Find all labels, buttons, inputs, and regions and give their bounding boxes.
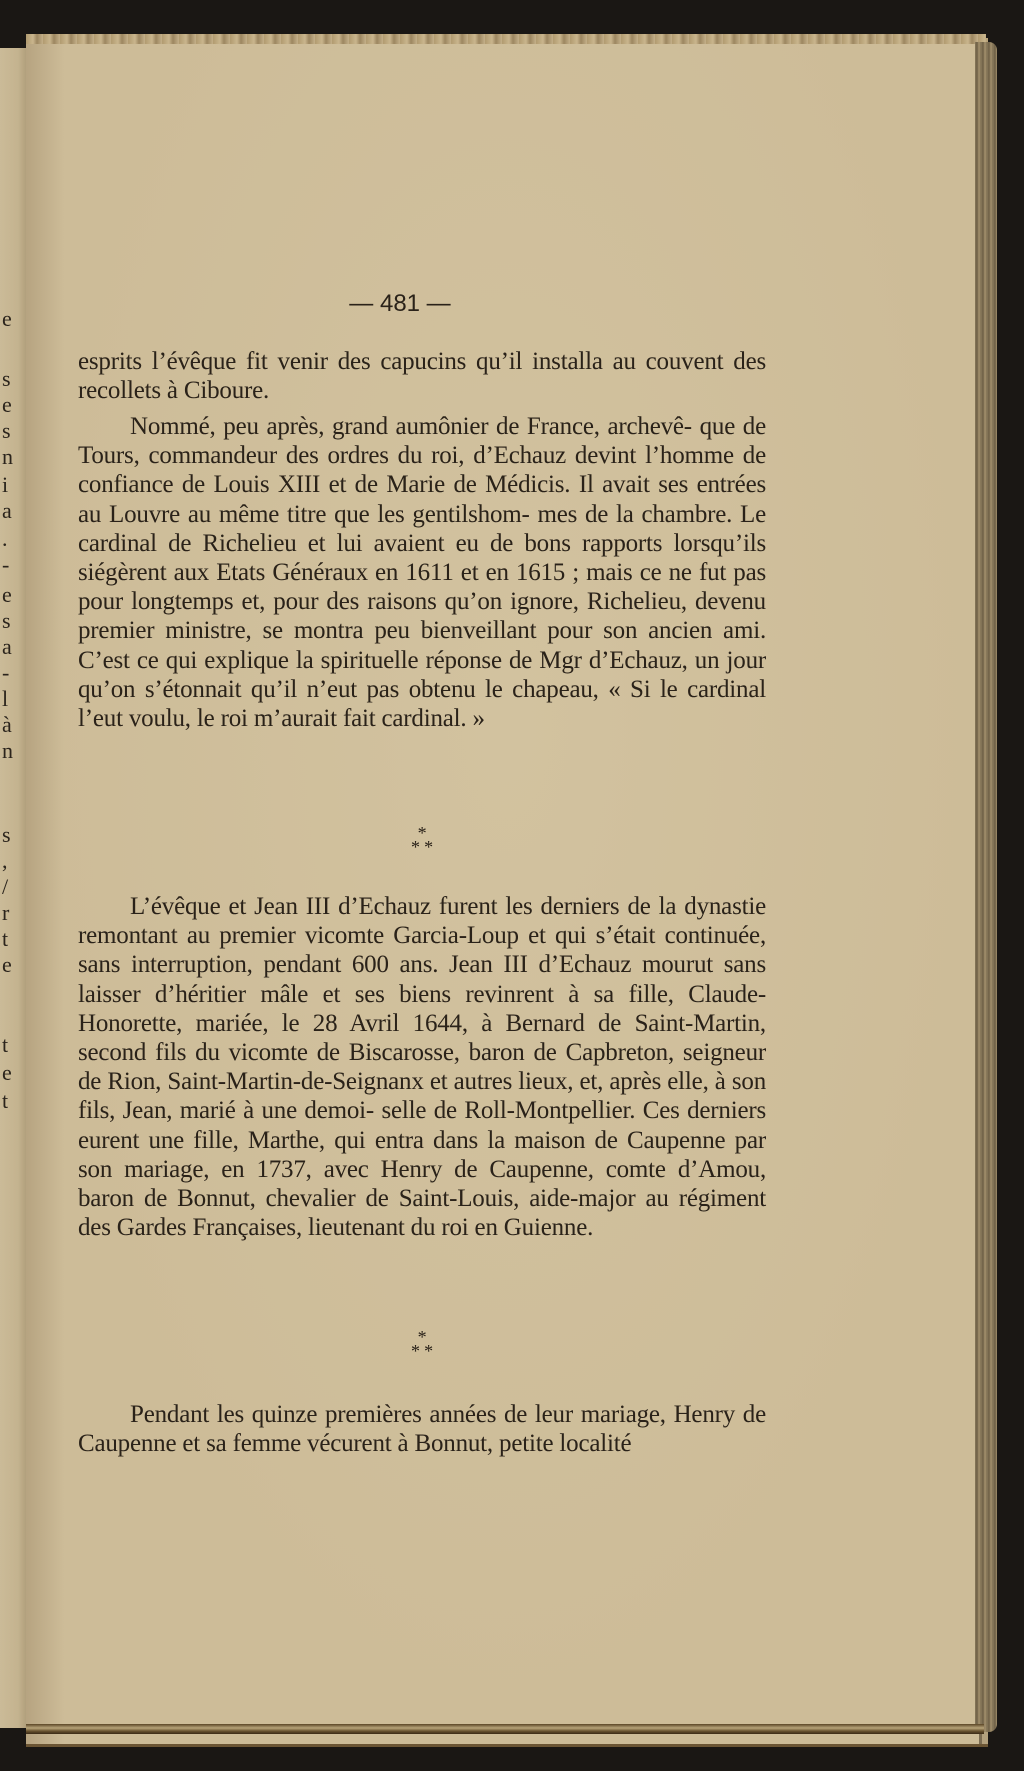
asterism-bottom: * * bbox=[78, 840, 766, 854]
margin-letter: a bbox=[2, 634, 12, 660]
paragraph-eveque: L’évêque et Jean III d’Echauz furent les… bbox=[78, 892, 766, 1242]
bottom-page-edge bbox=[26, 1724, 984, 1734]
margin-letter: n bbox=[2, 444, 13, 470]
asterism-bottom: * * bbox=[78, 1344, 766, 1358]
text-line: Françaises, lieutenant du roi en Guienne… bbox=[192, 1214, 593, 1241]
page-number: — 481 — bbox=[0, 290, 800, 318]
margin-letter: . bbox=[2, 526, 8, 552]
margin-letter: e bbox=[2, 582, 12, 608]
paragraph-continuation: esprits l’évêque fit venir des capucins … bbox=[78, 347, 766, 405]
margin-letter: l bbox=[2, 686, 8, 712]
margin-letter: , bbox=[2, 848, 8, 874]
margin-letter: à bbox=[2, 712, 12, 738]
margin-letter: s bbox=[2, 366, 11, 392]
paragraph-pendant: Pendant les quinze premières années de l… bbox=[78, 1400, 766, 1458]
margin-letter: n bbox=[2, 738, 13, 764]
text-line: Nommé, peu après, grand aumônier de Fran… bbox=[130, 413, 700, 440]
text-line: l’eut voulu, le roi m’aurait fait cardin… bbox=[78, 705, 485, 732]
margin-letter: - bbox=[2, 552, 9, 578]
section-break-asterism: * * * bbox=[78, 826, 766, 854]
torn-top-edge bbox=[26, 34, 986, 44]
text-line: esprits l’évêque fit venir des capucins … bbox=[78, 348, 733, 375]
margin-letter: - bbox=[2, 660, 9, 686]
text-line: L’évêque et Jean III d’Echauz furent les… bbox=[130, 893, 684, 920]
scanned-book-spread: e s e s n i a . - e s a - l à n s , / r … bbox=[0, 0, 1024, 1771]
margin-letter: t bbox=[2, 1032, 8, 1058]
margin-letter: e bbox=[2, 952, 12, 978]
margin-letter: e bbox=[2, 1060, 12, 1086]
text-line: s’étonnait qu’il n’eut pas obtenu le cha… bbox=[145, 676, 766, 703]
margin-letter: s bbox=[2, 822, 11, 848]
paragraph-nomme: Nommé, peu après, grand aumônier de Fran… bbox=[78, 412, 766, 733]
margin-letter: s bbox=[2, 608, 11, 634]
margin-letter: a bbox=[2, 498, 12, 524]
margin-letter: i bbox=[2, 472, 8, 498]
section-break-asterism: * * * bbox=[78, 1330, 766, 1358]
margin-letter: r bbox=[2, 900, 9, 926]
page-stack-edge bbox=[975, 42, 997, 1732]
margin-letter: s bbox=[2, 418, 11, 444]
margin-letter: e bbox=[2, 392, 12, 418]
margin-letter: t bbox=[2, 926, 8, 952]
text-line: Pendant les quinze premières années de l… bbox=[130, 1401, 743, 1428]
margin-letter: / bbox=[2, 874, 8, 900]
margin-letter: t bbox=[2, 1088, 8, 1114]
